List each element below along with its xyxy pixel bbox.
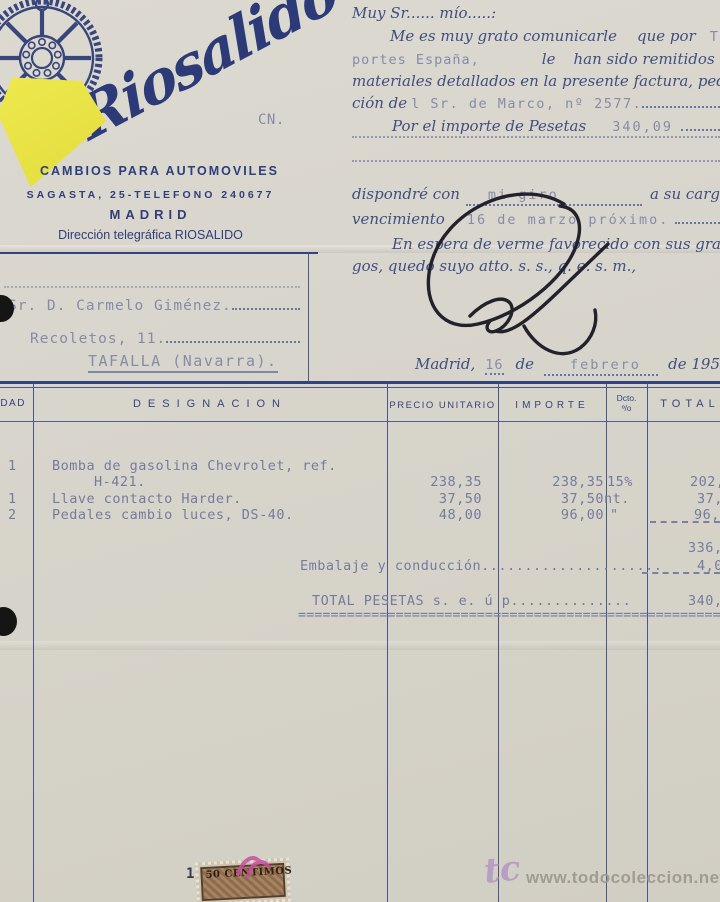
letter-line-5: ción de l Sr. de Marco, nº 2577.	[352, 94, 720, 112]
typed-text: portes España,	[352, 52, 480, 68]
col-header-discount-unit: º/o	[606, 404, 647, 413]
row-amount: 96,00	[498, 507, 604, 523]
typed-address: Recoletos, 11.	[30, 331, 166, 347]
stamp-mark: 1	[186, 866, 195, 882]
row-qty: 1	[8, 458, 17, 474]
table-top-border-thin	[0, 387, 720, 388]
total-column-underline	[642, 572, 720, 574]
printed-text: Por el importe de Pesetas	[392, 117, 586, 135]
printed-text: que por	[637, 27, 696, 45]
dotted-leader	[642, 106, 720, 108]
dotted-leader	[166, 341, 300, 343]
typed-address: Sr. D. Carmelo Giménez.	[8, 298, 232, 314]
row-amount: 37,50	[498, 491, 604, 507]
magenta-scribble	[232, 850, 276, 878]
table-header-underline	[0, 421, 720, 422]
printed-city: Madrid,	[415, 355, 475, 373]
row-discount: "	[610, 507, 619, 523]
typed-double-rule: ========================================…	[298, 607, 720, 623]
typed-address-city: TAFALLA (Navarra).	[88, 352, 278, 373]
packing-label: Embalaje y conducción...................…	[300, 558, 662, 574]
row-description-cont: H-421.	[94, 474, 146, 490]
printed-year: de 195	[668, 355, 720, 373]
row-unit-price: 37,50	[387, 491, 482, 507]
table-column-line	[498, 381, 499, 902]
row-total: 37,5	[697, 491, 720, 507]
row-discount: nt.	[604, 491, 630, 507]
col-header-unit-price: PRECIO UNITARIO	[387, 400, 498, 411]
printed-text: materiales detallados en la presente fac…	[352, 72, 720, 90]
row-description: Llave contacto Harder.	[52, 491, 242, 507]
fold-crease-bottom	[0, 641, 720, 650]
table-column-line	[606, 381, 607, 902]
letter-salutation: Muy Sr...... mío.....:	[352, 4, 496, 22]
row-qty: 2	[8, 507, 17, 523]
printed-text: ción de	[352, 94, 407, 112]
col-header-designation: DESIGNACION	[33, 398, 387, 410]
address-box-right-line	[308, 252, 309, 383]
company-street: SAGASTA, 25-TELEFONO 240677	[18, 189, 283, 201]
salutation-text: Muy Sr...... mío.....:	[352, 4, 496, 22]
company-telegraph: Dirección telegráfica RIOSALIDO	[18, 228, 283, 242]
row-amount: 238,35	[498, 474, 604, 490]
address-dotted-rule	[4, 286, 300, 288]
row-total: 202,5	[690, 474, 720, 490]
blank-dotted-rule	[352, 160, 720, 162]
typed-text: Tran	[710, 29, 720, 45]
printed-text: a su carg	[650, 185, 720, 203]
row-description: Bomba de gasolina Chevrolet, ref.	[52, 458, 337, 474]
address-line-3: TAFALLA (Navarra).	[88, 352, 278, 373]
typed-day: 16	[485, 357, 503, 375]
printed-text: han sido remitidos	[573, 50, 714, 68]
typed-month: febrero	[570, 357, 641, 373]
signature	[408, 182, 633, 362]
dotted-leader	[675, 222, 720, 224]
subtotal-value: 336,0	[688, 540, 720, 556]
watermark-url: www.todocoleccion.net	[526, 868, 720, 888]
address-line-1: Sr. D. Carmelo Giménez.	[8, 298, 300, 314]
col-header-discount: Dcto.	[606, 393, 647, 403]
col-header-total: TOTAL	[647, 398, 720, 410]
row-unit-price: 238,35	[387, 474, 482, 490]
company-tagline: CAMBIOS PARA AUTOMOVILES	[40, 164, 279, 178]
printed-de: de	[516, 355, 534, 373]
dotted-leader	[232, 308, 300, 310]
hole-punch	[0, 607, 17, 636]
address-box-top-line	[0, 252, 318, 254]
total-column-underline	[650, 521, 720, 523]
letter-line-4: materiales detallados en la presente fac…	[352, 72, 720, 90]
typed-amount: 340,09	[612, 119, 673, 135]
row-discount: 15%	[607, 474, 633, 490]
letter-line-2: Me es muy grato comunicarle que por Tran	[390, 27, 720, 45]
date-line: Madrid, 16 de febrero de 195	[415, 355, 720, 376]
col-header-amount: IMPORTE	[498, 400, 606, 411]
row-qty: 1	[8, 491, 17, 507]
row-unit-price: 48,00	[387, 507, 482, 523]
table-column-line	[387, 381, 388, 902]
letter-line-6: Por el importe de Pesetas 340,09	[392, 117, 720, 135]
table-top-border-thick	[0, 381, 720, 384]
address-line-2: Recoletos, 11.	[30, 331, 300, 347]
cn-mark: CN.	[258, 112, 285, 128]
invoice-document: Riosalido CN. CAMBIOS PARA AUTOMOVILES S…	[0, 0, 720, 902]
row-description: Pedales cambio luces, DS-40.	[52, 507, 294, 523]
dotted-leader	[681, 129, 720, 131]
col-header-qty: IDAD	[0, 398, 28, 409]
company-city: MADRID	[18, 207, 283, 222]
blank-dotted-rule	[352, 136, 720, 138]
printed-text: Me es muy grato comunicarle	[390, 27, 617, 45]
table-column-line	[33, 381, 34, 902]
watermark-logo: tc	[482, 848, 522, 892]
dotted-leader: febrero	[544, 356, 658, 376]
letter-line-3: portes España, le han sido remitidos	[352, 50, 715, 68]
table-column-line	[647, 381, 648, 902]
printed-text: le	[542, 50, 556, 68]
typed-text: l Sr. de Marco, nº 2577.	[411, 96, 642, 112]
